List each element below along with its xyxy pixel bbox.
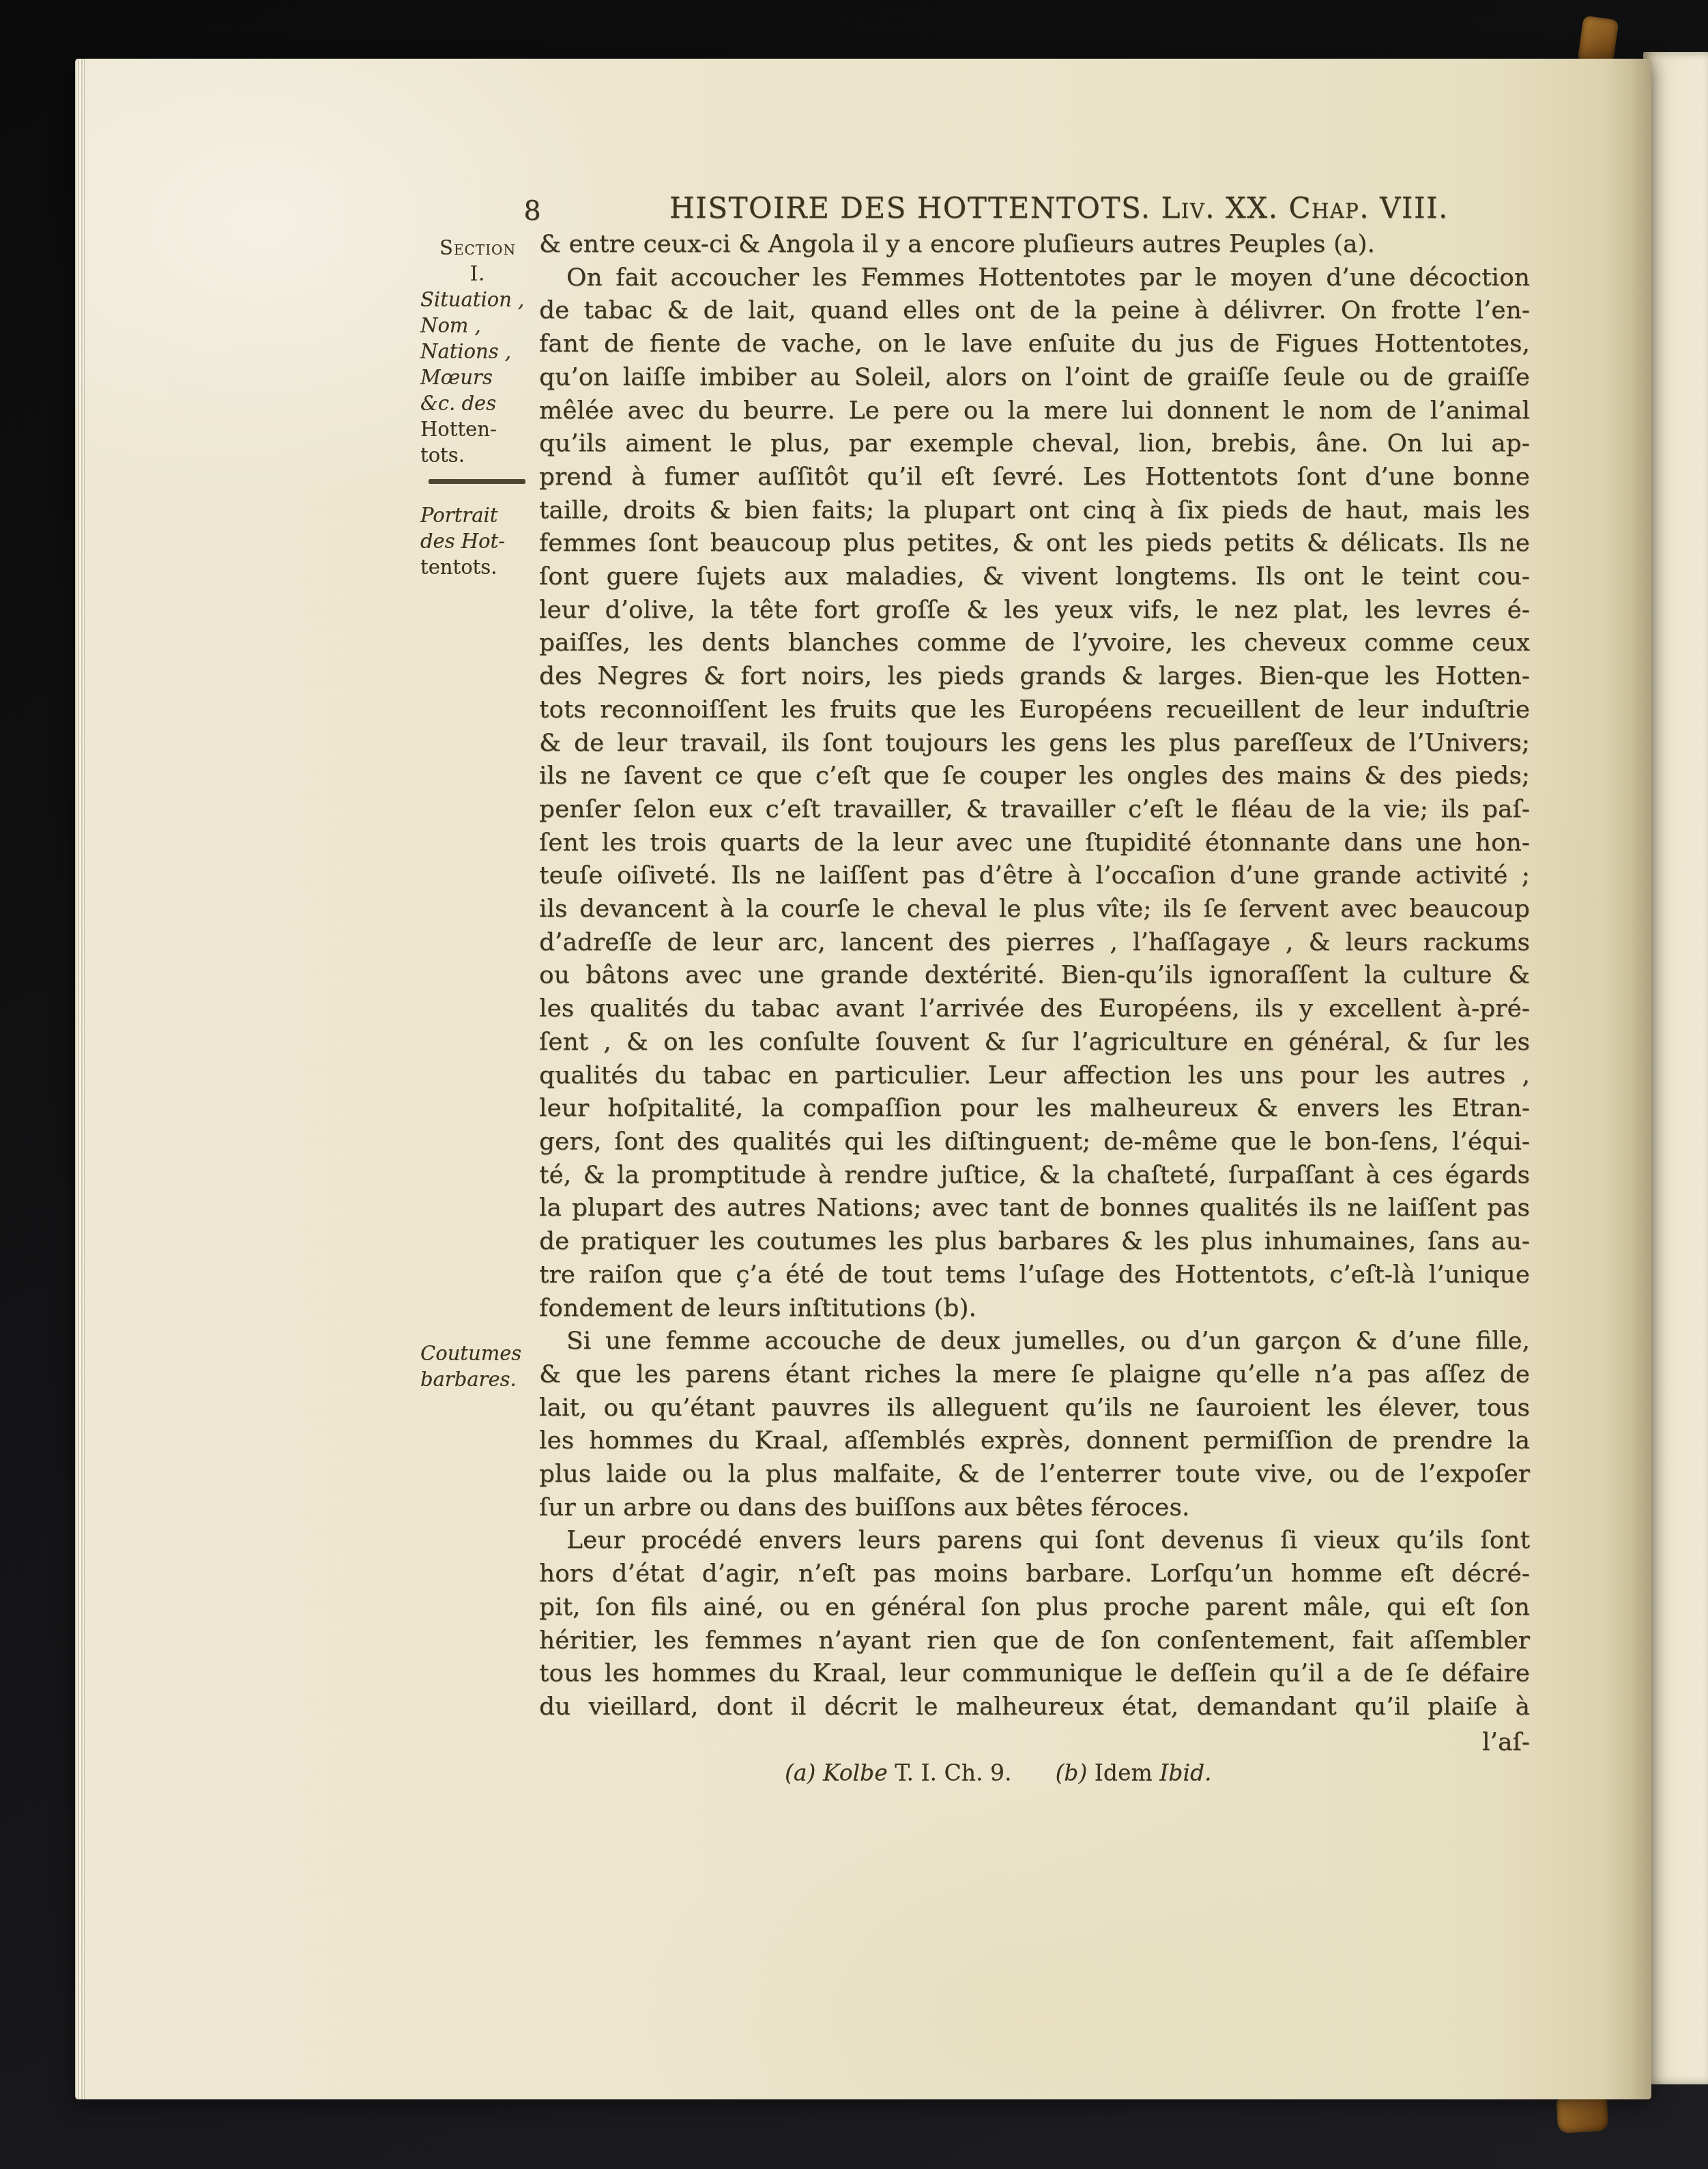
margin-note-line: des Hot-	[415, 528, 540, 554]
text-line: hors d’état d’agir, n’eſt pas moins barb…	[539, 1557, 1530, 1591]
text-line: gers, ſont des qualités qui les diſtingu…	[539, 1125, 1530, 1159]
book-scan-photo: 8 HISTOIRE DES HOTTENTOTS. Liv. XX. Chap…	[0, 0, 1708, 2169]
text-line: les hommes du Kraal, aſſemblés exprès, d…	[539, 1424, 1530, 1458]
catchword: l’aſ-	[539, 1728, 1530, 1756]
text-line: & entre ceux-ci & Angola il y a encore p…	[539, 228, 1530, 261]
text-line: ſont guere ſujets aux maladies, & vivent…	[539, 560, 1530, 594]
text-line: prend à fumer auſſitôt qu’il eſt ſevré. …	[539, 461, 1530, 494]
text-line: leur d’olive, la tête fort groſſe & les …	[539, 594, 1530, 627]
text-line: plus laide ou la plus malfaite, & de l’e…	[539, 1458, 1530, 1491]
text-line: té, & la promptitude à rendre juſtice, &…	[539, 1159, 1530, 1192]
leather-binding-tab-bottom	[1557, 2095, 1609, 2134]
text-line: leur hoſpitalité, la compaſſion pour les…	[539, 1092, 1530, 1125]
text-line: ſent les trois quarts de la leur avec un…	[539, 827, 1530, 860]
text-line: ſur un arbre ou dans des buiſſons aux bê…	[539, 1491, 1530, 1525]
text-line: penſer ſelon eux c’eſt travailler, & tra…	[539, 793, 1530, 827]
margin-note-line: barbares.	[415, 1366, 540, 1392]
text-line: mêlée avec du beurre. Le pere ou la mere…	[539, 394, 1530, 428]
footnote: (a) Kolbe T. I. Ch. 9.(b) Idem Ibid.	[785, 1759, 1535, 1786]
page-number: 8	[512, 195, 553, 227]
text-line: Leur procédé envers leurs parens qui ſon…	[539, 1524, 1530, 1557]
text-line: des Negres & fort noirs, les pieds grand…	[539, 660, 1530, 693]
footnote-part: Ibid.	[1159, 1759, 1211, 1786]
text-line: ou bâtons avec une grande dextérité. Bie…	[539, 959, 1530, 992]
margin-note-line: &c. des	[415, 390, 540, 416]
margin-note-portrait: Portraitdes Hot-tentots.	[415, 502, 540, 580]
footnote-part: Idem	[1087, 1759, 1159, 1786]
text-line: On fait accoucher les Femmes Hottentotes…	[539, 261, 1530, 295]
footnote-part: (a) Kolbe	[785, 1759, 888, 1786]
text-line: ils ne ſavent ce que c’eſt que ſe couper…	[539, 760, 1530, 793]
margin-note-line: Situation ,	[415, 287, 540, 313]
text-line: du vieillard, dont il décrit le malheure…	[539, 1691, 1530, 1724]
text-line: tous les hommes du Kraal, leur communiqu…	[539, 1657, 1530, 1691]
margin-note-line: Portrait	[415, 502, 540, 528]
text-line: fondement de leurs inſtitutions (b).	[539, 1292, 1530, 1325]
text-line: Si une femme accouche de deux jumelles, …	[539, 1325, 1530, 1358]
margin-rule	[429, 479, 525, 484]
text-line: héritier, les femmes n’ayant rien que de…	[539, 1624, 1530, 1658]
text-line: de tabac & de lait, quand elles ont de l…	[539, 294, 1530, 328]
text-line: la plupart des autres Nations; avec tant…	[539, 1192, 1530, 1225]
footnote-part: (b)	[1055, 1759, 1087, 1786]
text-line: qualités du tabac en particulier. Leur a…	[539, 1059, 1530, 1093]
text-line: & que les parens étant riches la mere ſe…	[539, 1358, 1530, 1392]
margin-note-coutumes: Coutumesbarbares.	[415, 1340, 540, 1392]
text-line: ſent , & on les conſulte ſouvent & ſur l…	[539, 1026, 1530, 1059]
margin-note-line: I.	[415, 261, 540, 287]
text-line: paiſſes, les dents blanches comme de l’y…	[539, 627, 1530, 660]
margin-note-line: Mœurs	[415, 364, 540, 390]
text-line: tots reconnoiſſent les fruits que les Eu…	[539, 693, 1530, 727]
text-line: & de leur travail, ils ſont toujours les…	[539, 727, 1530, 760]
text-line: femmes ſont beaucoup plus petites, & ont…	[539, 527, 1530, 560]
footnote-part: T. I. Ch. 9.	[888, 1759, 1012, 1786]
text-line: pit, ſon fils ainé, ou en général ſon pl…	[539, 1591, 1530, 1624]
text-line: ils devancent à la courſe le cheval le p…	[539, 893, 1530, 926]
body-text: & entre ceux-ci & Angola il y a encore p…	[539, 228, 1530, 1724]
margin-note-line: tentots.	[415, 554, 540, 580]
margin-note-line: Nom ,	[415, 313, 540, 339]
text-line: qu’ils aiment le plus, par exemple cheva…	[539, 427, 1530, 461]
running-head-title: HISTOIRE DES HOTTENTOTS.	[669, 191, 1150, 225]
margin-note-line: Nations ,	[415, 339, 540, 364]
running-head-reference: Liv. XX. Chap. VIII.	[1161, 191, 1449, 225]
margin-note-line: Hotten-	[415, 416, 540, 442]
next-page-fore-edge	[1643, 52, 1708, 2084]
running-head: HISTOIRE DES HOTTENTOTS. Liv. XX. Chap. …	[581, 191, 1537, 225]
text-line: d’adreſſe de leur arc, lancent des pierr…	[539, 926, 1530, 960]
text-line: fant de fiente de vache, on le lave enſu…	[539, 328, 1530, 361]
margin-note-line: Coutumes	[415, 1340, 540, 1366]
text-line: lait, ou qu’étant pauvres ils alleguent …	[539, 1392, 1530, 1425]
book-page: 8 HISTOIRE DES HOTTENTOTS. Liv. XX. Chap…	[75, 59, 1651, 2099]
margin-note-section: SectionI.Situation ,Nom ,Nations ,Mœurs&…	[415, 235, 540, 468]
margin-note-line: Section	[415, 235, 540, 261]
text-line: de pratiquer les coutumes les plus barba…	[539, 1225, 1530, 1259]
text-line: les qualités du tabac avant l’arrivée de…	[539, 992, 1530, 1026]
text-line: taille, droits & bien faits; la plupart …	[539, 494, 1530, 528]
margin-note-line: tots.	[415, 442, 540, 468]
text-line: teuſe oiſiveté. Ils ne laiſſent pas d’êt…	[539, 859, 1530, 893]
text-line: tre raiſon que ç’a été de tout tems l’uſ…	[539, 1259, 1530, 1292]
text-line: qu’on laiſſe imbiber au Soleil, alors on…	[539, 361, 1530, 394]
